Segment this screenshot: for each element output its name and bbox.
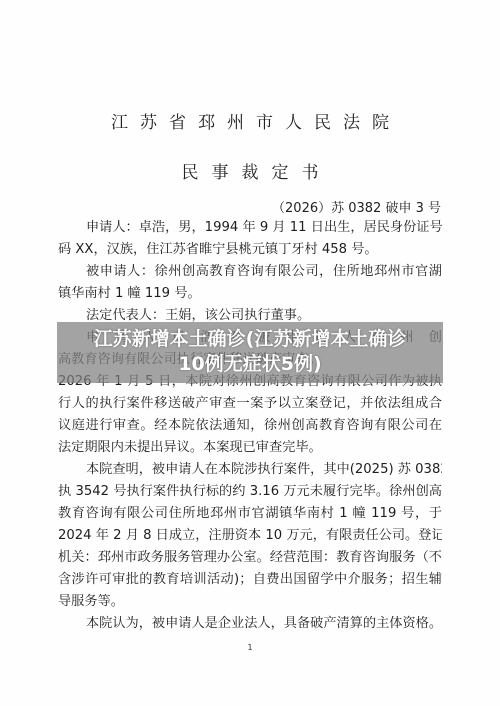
body-line: 镇华南村 1 幢 119 号。 <box>58 283 442 305</box>
body-line: 教育咨询有限公司住所地邳州市官湖镇华南村 1 幢 119 号，于 <box>58 503 442 525</box>
body-line: 机关：邳州市政务服务管理办公室。经营范围：教育咨询服务（不 <box>58 547 442 569</box>
document-body: 申请人：卓浩，男，1994 年 9 月 11 日出生，居民身份证号 码 XX，汉… <box>58 217 442 635</box>
page-number: 1 <box>0 643 500 652</box>
body-line: 本院查明，被申请人在本院涉执行案件，其中(2025) 苏 0382 <box>58 459 442 481</box>
body-line: 含涉许可审批的教育培训活动)；自费出国留学中介服务；招生辅 <box>58 569 442 591</box>
body-line: 行人的执行案件移送破产审查一案予以立案登记，并依法组成合 <box>58 393 442 415</box>
body-line: 2024 年 2 月 8 日成立，注册资本 10 万元，有限责任公司。登记 <box>58 525 442 547</box>
body-line: 法定期限内未提出异议。本案现已审查完毕。 <box>58 437 442 459</box>
body-line: 申请人：卓浩，男，1994 年 9 月 11 日出生，居民身份证号 <box>58 217 442 239</box>
document-page: 江苏省邳州市人民法院 民事裁定书 （2026）苏 0382 破申 3 号 申请人… <box>0 0 500 706</box>
headline-line-1: 江苏新增本土确诊(江苏新增本土确诊 <box>57 327 443 352</box>
body-line: 本院认为，被申请人是企业法人，具备破产清算的主体资格。 <box>58 613 442 635</box>
body-line: 码 XX，汉族，住江苏省睢宁县桃元镇丁牙村 458 号。 <box>58 239 442 261</box>
document-type-title: 民事裁定书 <box>0 158 500 183</box>
case-number: （2026）苏 0382 破申 3 号 <box>272 197 441 216</box>
body-line: 被申请人：徐州创高教育咨询有限公司，住所地邳州市官湖 <box>58 261 442 283</box>
body-line: 导服务等。 <box>58 591 442 613</box>
court-name: 江苏省邳州市人民法院 <box>0 108 500 133</box>
headline-line-2: 10例无症状5例) <box>57 352 443 377</box>
body-line: 议庭进行审查。经本院依法通知，徐州创高教育咨询有限公司在 <box>58 415 442 437</box>
body-line: 执 3542 号执行案件执行标的约 3.16 万元未履行完毕。徐州创高 <box>58 481 442 503</box>
headline-overlay: 江苏新增本土确诊(江苏新增本土确诊 10例无症状5例) <box>57 322 443 383</box>
